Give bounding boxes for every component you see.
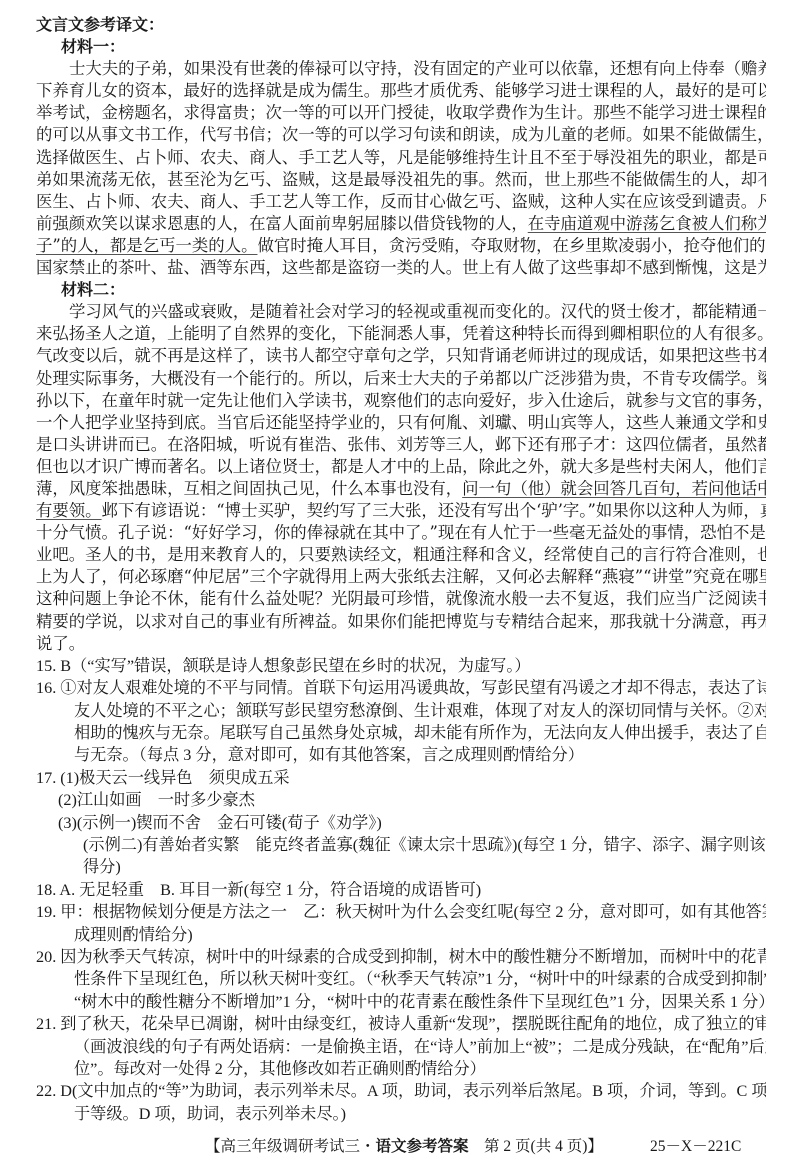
text-segment: 邺下有谚语说：“博士买驴，契约写了三大张，还没有写出个‘驴’字。”如果你以这种人… <box>102 501 766 520</box>
paragraph-line: 说了。 <box>36 633 766 655</box>
answer-line: 21. 到了秋天，花朵早已凋谢，树叶由绿变红，被诗人重新“发现”，摆脱既往配角的… <box>36 1013 766 1035</box>
answer-q22: 22. D(文中加点的“等”为助词，表示列举未尽。A 项，助词，表示列举后煞尾。… <box>36 1080 766 1125</box>
answer-line: 友人处境的不平之心；颔联写彭民望穷愁潦倒、生计艰难，体现了对友人的深切同情与关怀… <box>36 700 766 722</box>
answers-section: 15. B（“实写”错误，颔联是诗人想象彭民望在乡时的状况，为虚写。） 16. … <box>36 655 766 1126</box>
paragraph-line: 有要领。邺下有谚语说：“博士买驴，契约写了三大张，还没有写出个‘驴’字。”如果你… <box>36 500 766 522</box>
answer-line: 得分) <box>36 856 766 878</box>
paragraph-line: 弟如果流荡无依，甚至沦为乞丐、盗贼，这是最辱没祖先的事。然而，世上那些不能做儒生… <box>36 169 766 191</box>
underlined-sentence: 在寺庙道观中游荡乞食被人们称为“穿云 <box>528 214 766 233</box>
underlined-sentence: 问一句（他）就会回答几百句，若问他话中的主旨，又没 <box>462 479 766 498</box>
material1-body: 士大夫的子弟，如果没有世袭的俸禄可以守持，没有固定的产业可以依靠，还想有向上侍奉… <box>36 58 766 279</box>
paragraph-line: 这种问题上争论不休，能有什么益处呢？光阴最可珍惜，就像流水般一去不复返，我们应当… <box>36 588 766 610</box>
answer-line: (示例二)有善始者实繁 能克终者盖寡(魏征《谏太宗十思疏》)(每空 1 分，错字… <box>36 834 766 856</box>
answer-key-page: 文言文参考译文： 材料一： 士大夫的子弟，如果没有世袭的俸禄可以守持，没有固定的… <box>36 14 766 1125</box>
paragraph-line: 前强颜欢笑以谋求恩惠的人，在富人面前卑躬屈膝以借贷钱物的人，在寺庙道观中游荡乞食… <box>36 213 766 235</box>
paragraph-line: 医生、占卜师、农夫、商人、手工艺人等工作，反而甘心做乞丐、盗贼，这种人实在应该受… <box>36 191 766 213</box>
footer-title: 【高三年级调研考试三・语文参考答案 第 2 页(共 4 页)】 <box>205 1134 603 1156</box>
paragraph-line: 的可以从事文书工作，代写书信；次一等的可以学习句读和朗读，成为儿童的老师。如果不… <box>36 124 766 146</box>
text-segment: 做官时掩人耳目，贪污受贿，夺取财物，在乡里欺凌弱小，抢夺他们的财物，私贩 <box>257 236 766 255</box>
answer-q21: 21. 到了秋天，花朵早已凋谢，树叶由绿变红，被诗人重新“发现”，摆脱既往配角的… <box>36 1013 766 1080</box>
answer-line: 与无奈。（每点 3 分，意对即可，如有其他答案，言之成理则酌情给分） <box>36 744 766 766</box>
answer-line: 16. ①对友人艰难处境的不平与同情。首联下句运用冯谖典故，写彭民望有冯谖之才却… <box>36 677 766 699</box>
answer-line: 成理则酌情给分) <box>36 924 766 946</box>
answer-q16: 16. ①对友人艰难处境的不平与同情。首联下句运用冯谖典故，写彭民望有冯谖之才却… <box>36 677 766 767</box>
answer-line: (3)(示例一)锲而不舍 金石可镂(荀子《劝学》) <box>36 812 766 834</box>
underlined-sentence: 有要领。 <box>36 501 102 520</box>
answer-line: “树木中的酸性糖分不断增加”1 分，“树叶中的花青素在酸性条件下呈现红色”1 分… <box>36 991 766 1013</box>
footer-page-number: 第 2 页(共 4 页)】 <box>469 1138 603 1155</box>
paragraph-line: 但也以才识广博而著名。以上诸位贤士，都是人才中的上品，除此之外，就大多是些村夫闲… <box>36 456 766 478</box>
paragraph-line: 是口头讲讲而已。在洛阳城，听说有崔浩、张伟、刘芳等三人，邺下还有邢子才：这四位儒… <box>36 434 766 456</box>
paragraph-line: 薄，风度笨拙愚昧，互相之间固执己见，什么本事也没有，问一句（他）就会回答几百句，… <box>36 478 766 500</box>
paragraph-line: 举考试，金榜题名，求得富贵；次一等的可以开门授徒，收取学费作为生计。那些不能学习… <box>36 102 766 124</box>
footer-exam-name: 【高三年级调研考试三・ <box>205 1138 376 1155</box>
text-segment: 前强颜欢笑以谋求恩惠的人，在富人面前卑躬屈膝以借贷钱物的人， <box>36 214 528 233</box>
underlined-sentence: 子”的人，都是乞丐一类的人。 <box>36 236 257 255</box>
answer-line: 于等级。D 项，助词，表示列举未尽。) <box>36 1103 766 1125</box>
paragraph-line: 国家禁止的茶叶、盐、酒等东西，这些都是盗窃一类的人。世上有人做了这些事却不感到惭… <box>36 257 766 279</box>
answer-line: (2)江山如画 一时多少豪杰 <box>36 789 766 811</box>
answer-q15: 15. B（“实写”错误，颔联是诗人想象彭民望在乡时的状况，为虚写。） <box>36 655 766 677</box>
answer-line: 22. D(文中加点的“等”为助词，表示列举未尽。A 项，助词，表示列举后煞尾。… <box>36 1080 766 1102</box>
paragraph-line: 下养育儿女的资本，最好的选择就是成为儒生。那些才质优秀、能够学习进士课程的人，最… <box>36 80 766 102</box>
answer-line: 17. (1)极天云一线异色 须臾成五采 <box>36 767 766 789</box>
paragraph-line: 选择做医生、占卜师、农夫、商人、手工艺人等，凡是能够维持生计且不至于辱没祖先的职… <box>36 147 766 169</box>
answer-line: 相助的愧疚与无奈。尾联写自己虽然身处京城，却未能有所作为，无法向友人伸出援手，表… <box>36 722 766 744</box>
paragraph-line: 一个人把学业坚持到底。当官后还能坚持学业的，只有何胤、刘瓛、明山宾等人，这些人兼… <box>36 412 766 434</box>
material2-title: 材料二： <box>36 279 766 301</box>
paragraph-line: 气改变以后，就不再是这样了，读书人都空守章句之学，只知背诵老师讲过的现成话，如果… <box>36 345 766 367</box>
material2-body: 学习风气的兴盛或衰败，是随着社会对学习的轻视或重视而变化的。汉代的贤士俊才，都能… <box>36 301 766 655</box>
answer-line: 位”。每改对一处得 2 分，其他修改如若正确则酌情给分） <box>36 1058 766 1080</box>
paragraph-line: 学习风气的兴盛或衰败，是随着社会对学习的轻视或重视而变化的。汉代的贤士俊才，都能… <box>36 301 766 323</box>
paragraph-line: 处理实际事务，大概没有一个能行的。所以，后来士大夫的子弟都以广泛涉猎为贵，不肯专… <box>36 368 766 390</box>
paragraph-line: 十分气愤。孔子说：“好好学习，你的俸禄就在其中了。”现在有人忙于一些毫无益处的事… <box>36 522 766 544</box>
answer-q20: 20. 因为秋季天气转凉，树叶中的叶绿素的合成受到抑制，树木中的酸性糖分不断增加… <box>36 946 766 1013</box>
section-heading: 文言文参考译文： <box>36 14 766 36</box>
answer-line: 20. 因为秋季天气转凉，树叶中的叶绿素的合成受到抑制，树木中的酸性糖分不断增加… <box>36 946 766 968</box>
paragraph-line: 精要的学说，以求对自己的事业有所裨益。如果你们能把博览与专精结合起来，那我就十分… <box>36 611 766 633</box>
answer-q17: 17. (1)极天云一线异色 须臾成五采 (2)江山如画 一时多少豪杰 (3)(… <box>36 767 766 879</box>
answer-q19: 19. 甲：根据物候划分便是方法之一 乙：秋天树叶为什么会变红呢(每空 2 分，… <box>36 901 766 946</box>
footer-doc-code: 25－X－221C <box>650 1134 741 1156</box>
answer-line: 性条件下呈现红色，所以秋天树叶变红。（“秋季天气转凉”1 分，“树叶中的叶绿素的… <box>36 968 766 990</box>
answer-q18: 18. A. 无足轻重 B. 耳目一新(每空 1 分，符合语境的成语皆可) <box>36 879 766 901</box>
paragraph-line: 士大夫的子弟，如果没有世袭的俸禄可以守持，没有固定的产业可以依靠，还想有向上侍奉… <box>36 58 766 80</box>
paragraph-line: 业吧。圣人的书，是用来教育人的，只要熟读经文，粗通注释和含义，经常使自己的言行符… <box>36 544 766 566</box>
paragraph-line: 孙以下，在童年时就一定先让他们入学读书，观察他们的志向爱好，步入仕途后，就参与文… <box>36 390 766 412</box>
paragraph-line: 上为人了，何必琢磨“仲尼居”三个字就得用上两大张纸去注解，又何必去解释“燕寝”“… <box>36 566 766 588</box>
material1-title: 材料一： <box>36 36 766 58</box>
paragraph-line: 子”的人，都是乞丐一类的人。做官时掩人耳目，贪污受贿，夺取财物，在乡里欺凌弱小，… <box>36 235 766 257</box>
paragraph-line: 来弘扬圣人之道，上能明了自然界的变化，下能洞悉人事，凭着这种特长而得到卿相职位的… <box>36 323 766 345</box>
answer-line: （画波浪线的句子有两处语病：一是偷换主语，在“诗人”前加上“被”；二是成分残缺，… <box>36 1036 766 1058</box>
text-segment: 薄，风度笨拙愚昧，互相之间固执己见，什么本事也没有， <box>36 479 462 498</box>
answer-line: 19. 甲：根据物候划分便是方法之一 乙：秋天树叶为什么会变红呢(每空 2 分，… <box>36 901 766 923</box>
footer-subject: 语文参考答案 <box>376 1137 469 1155</box>
